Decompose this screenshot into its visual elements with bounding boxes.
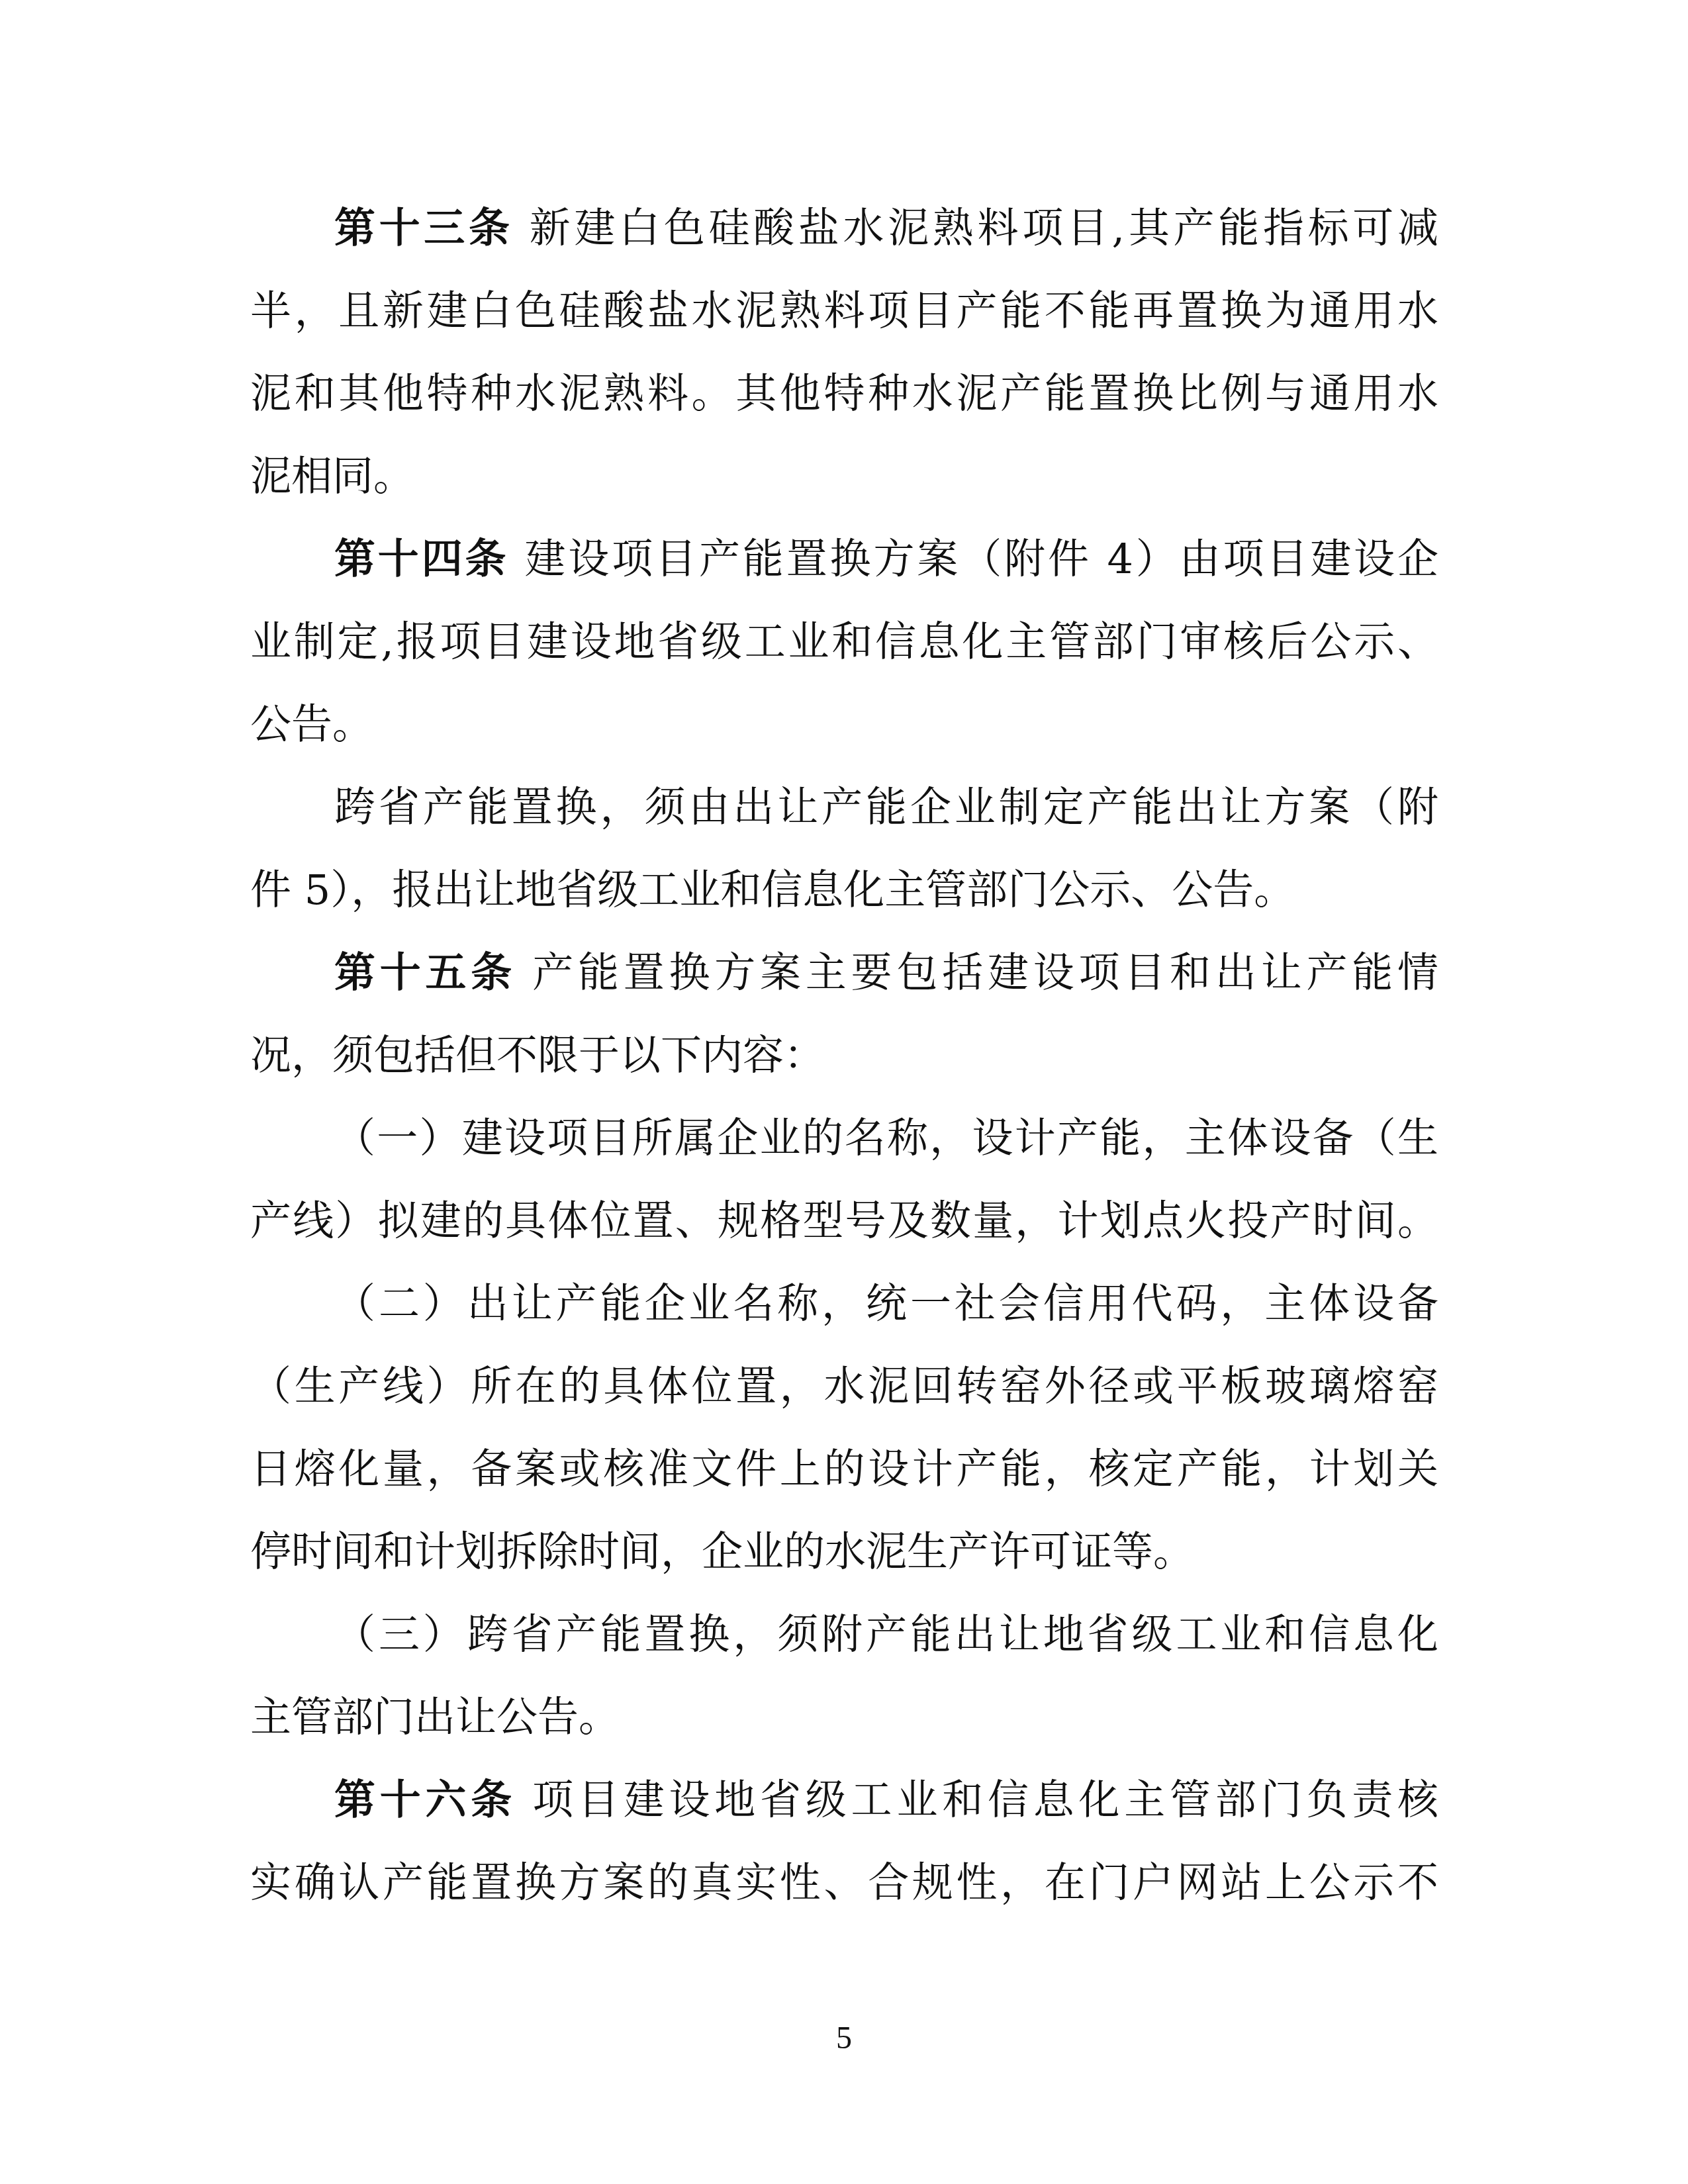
article-13-text-1: 新建白色硅酸盐水泥熟料项目,其产能指标可减 bbox=[530, 204, 1438, 252]
document-page: 第十三条新建白色硅酸盐水泥熟料项目,其产能指标可减 半，且新建白色硅酸盐水泥熟料… bbox=[0, 0, 1688, 2184]
article-13-line-2: 半，且新建白色硅酸盐水泥熟料项目产能不能再置换为通用水 bbox=[250, 269, 1438, 352]
article-15-line-2: 况，须包括但不限于以下内容： bbox=[250, 1014, 1438, 1097]
item-2-line-1: （二）出让产能企业名称，统一社会信用代码，主体设备 bbox=[334, 1262, 1438, 1345]
article-14-line-1: 第十四条建设项目产能置换方案（附件 4）由项目建设企 bbox=[334, 518, 1438, 600]
article-15-line-1: 第十五条产能置换方案主要包括建设项目和出让产能情 bbox=[334, 931, 1438, 1014]
cross-province-line-2: 件 5），报出让地省级工业和信息化主管部门公示、公告。 bbox=[250, 848, 1438, 931]
article-14-text-1: 建设项目产能置换方案（附件 4）由项目建设企 bbox=[525, 535, 1439, 583]
article-14-line-3: 公告。 bbox=[250, 683, 1438, 766]
article-13-line-3: 泥和其他特种水泥熟料。其他特种水泥产能置换比例与通用水 bbox=[250, 352, 1438, 435]
article-15-heading: 第十五条 bbox=[334, 948, 516, 997]
item-2-line-2: （生产线）所在的具体位置，水泥回转窑外径或平板玻璃熔窑 bbox=[250, 1345, 1438, 1428]
item-3-line-1: （三）跨省产能置换，须附产能出让地省级工业和信息化 bbox=[334, 1593, 1438, 1676]
article-16-heading: 第十六条 bbox=[334, 1776, 516, 1824]
article-13-line-1: 第十三条新建白色硅酸盐水泥熟料项目,其产能指标可减 bbox=[334, 187, 1438, 269]
article-16-line-1: 第十六条项目建设地省级工业和信息化主管部门负责核 bbox=[334, 1758, 1438, 1841]
cross-province-line-1: 跨省产能置换，须由出让产能企业制定产能出让方案（附 bbox=[334, 766, 1438, 848]
item-1-line-1: （一）建设项目所属企业的名称，设计产能，主体设备（生 bbox=[334, 1097, 1438, 1179]
article-14-line-2: 业制定,报项目建设地省级工业和信息化主管部门审核后公示、 bbox=[250, 600, 1438, 683]
article-16-line-2: 实确认产能置换方案的真实性、合规性，在门户网站上公示不 bbox=[250, 1841, 1438, 1924]
article-15-text-1: 产能置换方案主要包括建设项目和出让产能情 bbox=[532, 948, 1438, 997]
item-2-line-3: 日熔化量，备案或核准文件上的设计产能，核定产能，计划关 bbox=[250, 1428, 1438, 1510]
article-16-text-1: 项目建设地省级工业和信息化主管部门负责核 bbox=[532, 1776, 1438, 1824]
article-13-line-4: 泥相同。 bbox=[250, 435, 1438, 518]
item-2-line-4: 停时间和计划拆除时间，企业的水泥生产许可证等。 bbox=[250, 1510, 1438, 1593]
item-3-line-2: 主管部门出让公告。 bbox=[250, 1676, 1438, 1758]
item-1-line-2: 产线）拟建的具体位置、规格型号及数量，计划点火投产时间。 bbox=[250, 1179, 1438, 1262]
page-number: 5 bbox=[0, 2015, 1688, 2062]
article-14-heading: 第十四条 bbox=[334, 535, 509, 583]
article-13-heading: 第十三条 bbox=[334, 204, 514, 252]
